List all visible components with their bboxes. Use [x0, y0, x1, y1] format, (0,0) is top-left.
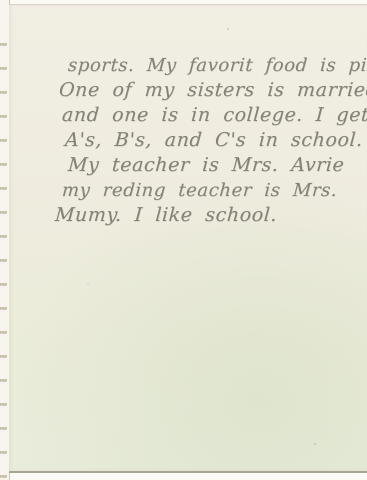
handwritten-line: My teacher is Mrs. Avrie	[67, 153, 366, 178]
handwritten-line: and one is in college. I get	[61, 103, 366, 128]
paper-speckle	[227, 28, 229, 30]
scanned-page-photo: sports. My favorit food is pizza One of …	[0, 0, 367, 480]
handwritten-line: sports. My favorit food is pizza	[67, 53, 366, 78]
handwritten-line: my reding teacher is Mrs.	[61, 178, 366, 203]
handwritten-line: A's, B's, and C's in school.	[64, 128, 366, 153]
notebook-page: sports. My favorit food is pizza One of …	[9, 4, 367, 473]
handwritten-line: One of my sisters is married	[58, 78, 366, 103]
handwritten-line: Mumy. I like school.	[54, 203, 366, 228]
handwriting-block: sports. My favorit food is pizza One of …	[9, 53, 365, 228]
paper-speckle	[87, 283, 89, 284]
paper-speckle	[314, 443, 316, 445]
